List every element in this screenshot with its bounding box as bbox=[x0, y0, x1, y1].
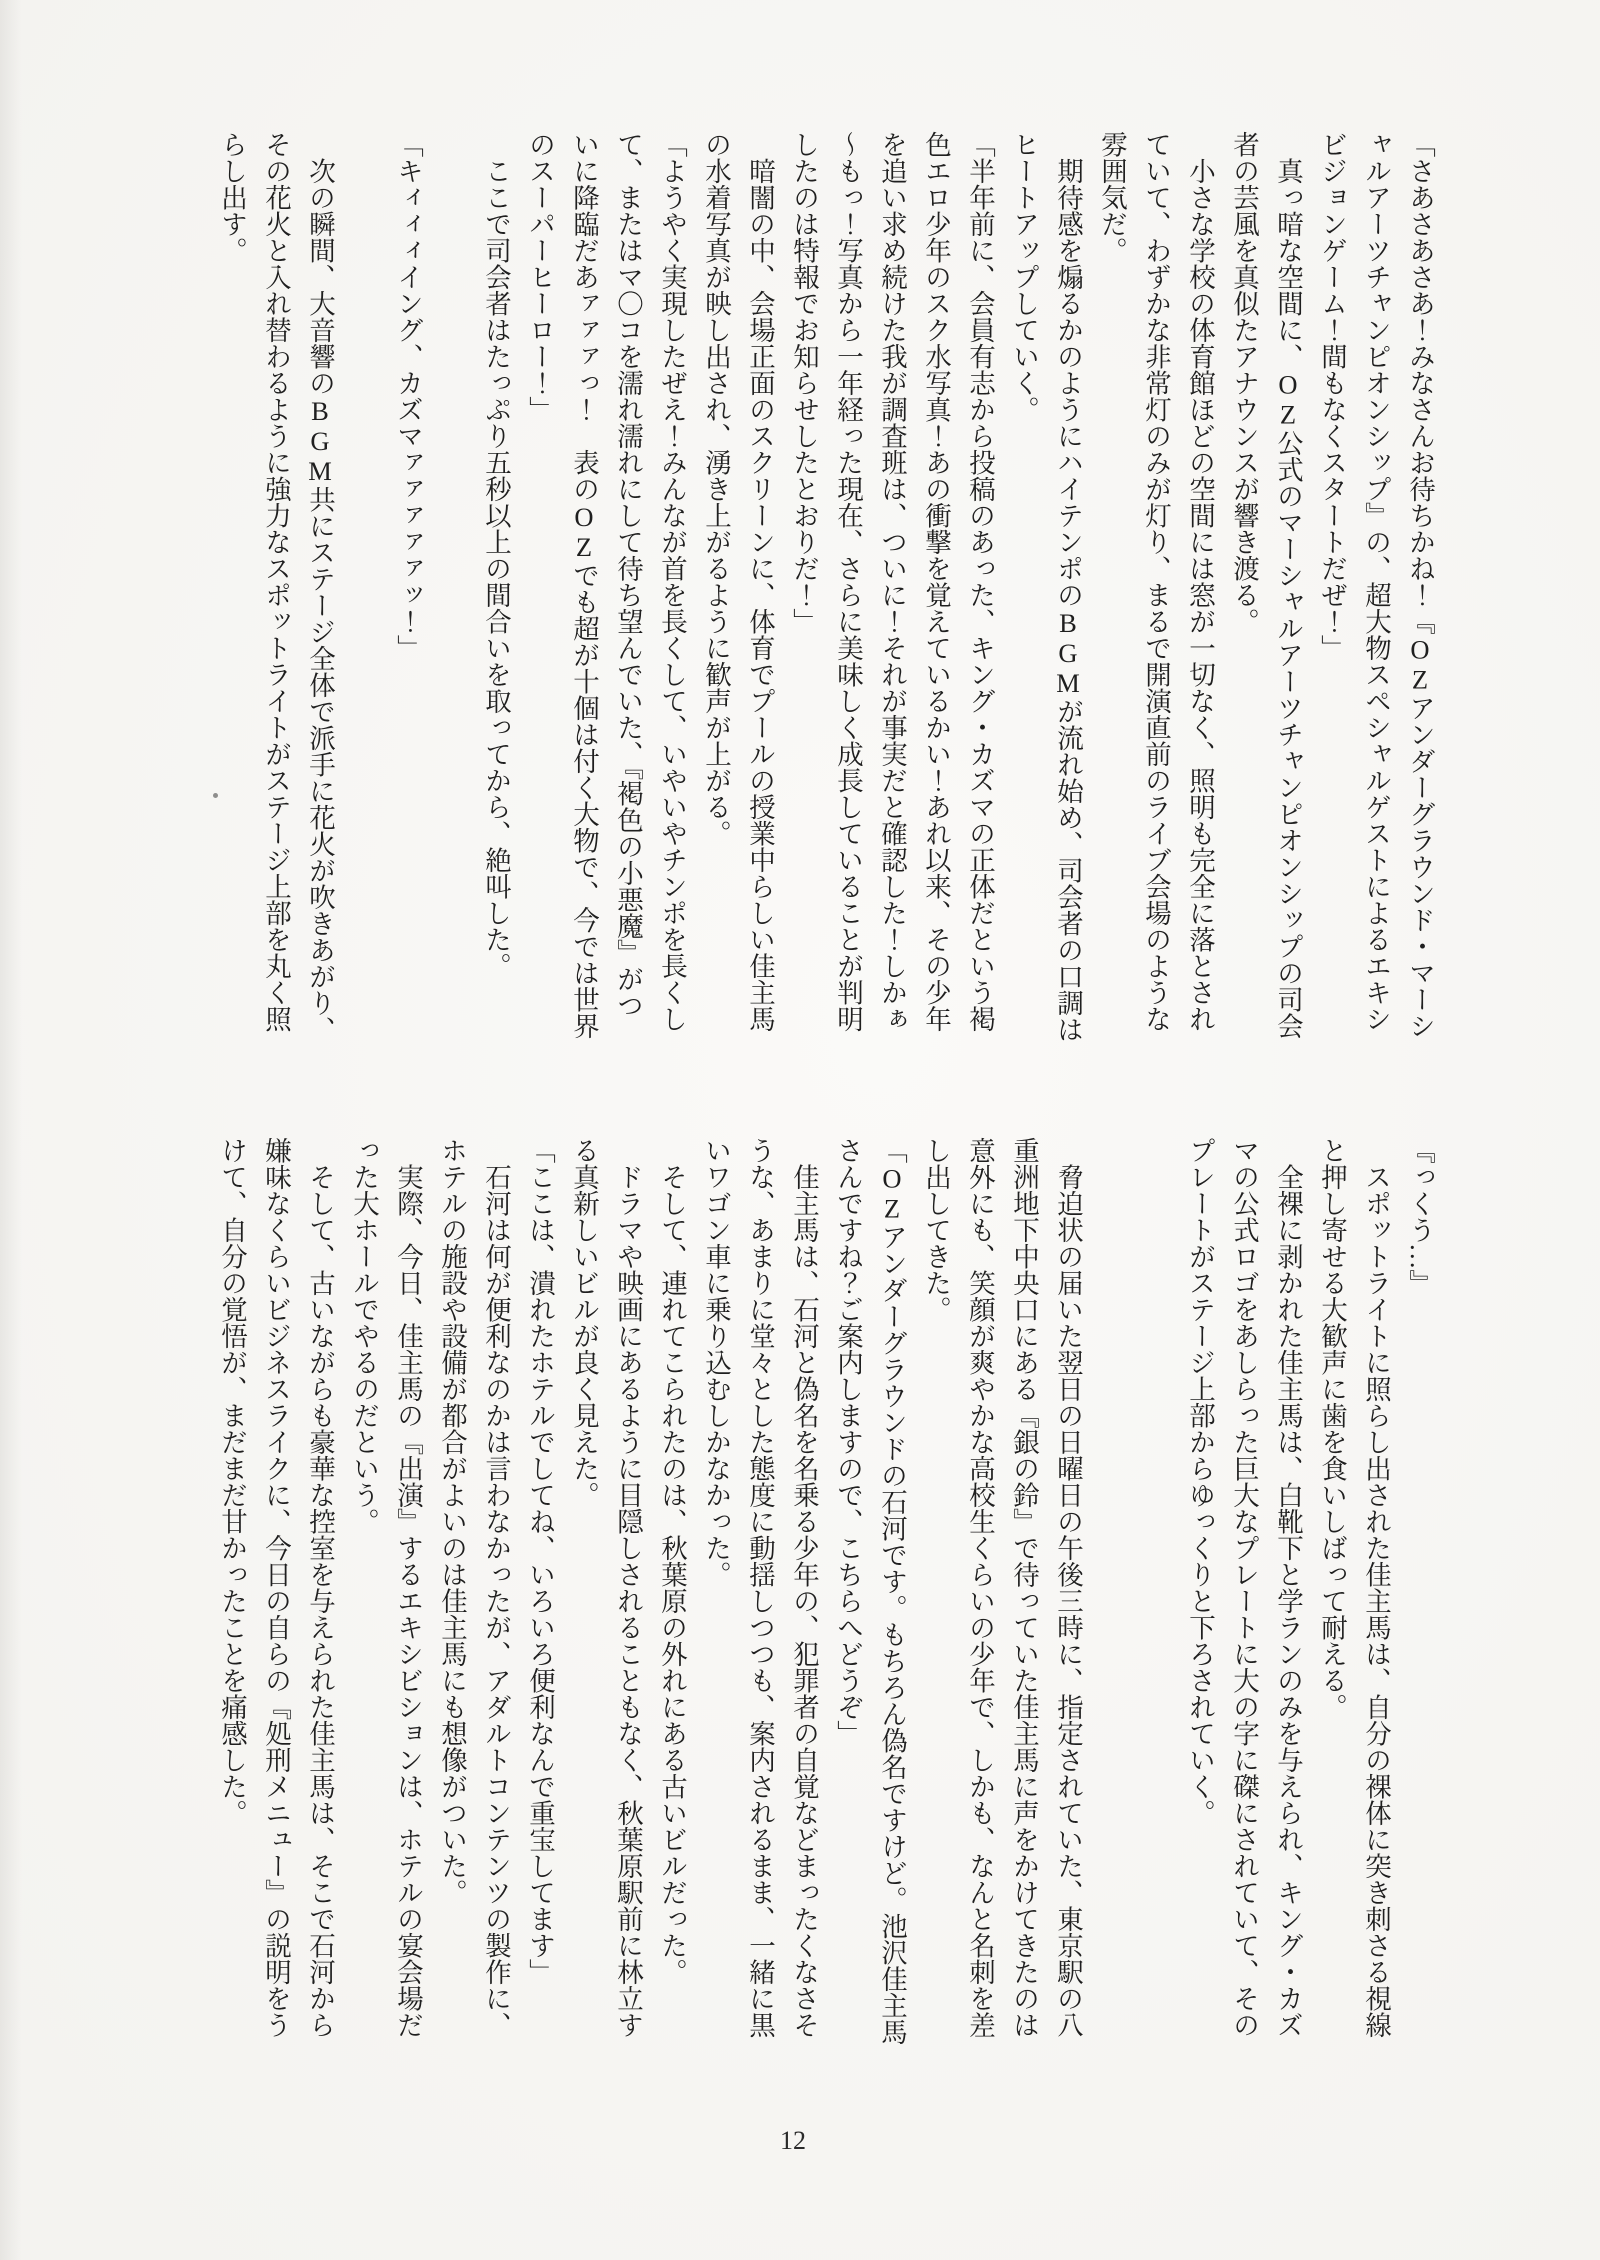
text-line: 嫌味なくらいビジネスライクに、今日の自らの『処刑メニュー』の説明をう bbox=[254, 1137, 298, 2042]
text-line: 真っ暗な空間に、OZ公式のマーシャルアーツチャンピオンシップの司会 bbox=[1266, 131, 1310, 1036]
text-line: のスーパーヒーロー！」 bbox=[518, 131, 562, 1036]
text-line: った大ホールでやるのだという。 bbox=[342, 1137, 386, 2042]
text-line: 次の瞬間、大音響のBGM共にステージ全体で派手に花火が吹きあがり、 bbox=[298, 131, 342, 1036]
text-line: 期待感を煽るかのようにハイテンポのBGMが流れ始め、司会者の口調は bbox=[1046, 131, 1090, 1036]
text-line: ～もっ！写真から一年経った現在、さらに美味しく成長していることが判明 bbox=[826, 131, 870, 1036]
ink-dot bbox=[213, 793, 218, 798]
text-line: ていて、わずかな非常灯のみが灯り、まるで開演直前のライブ会場のような bbox=[1134, 131, 1178, 1036]
text-line: けて、自分の覚悟が、まだまだ甘かったことを痛感した。 bbox=[210, 1137, 254, 2042]
text-line: 『っくう…』 bbox=[1398, 1137, 1442, 2042]
text-line: ホテルの施設や設備が都合がよいのは佳主馬にも想像がついた。 bbox=[430, 1137, 474, 2042]
text-line: マの公式ロゴをあしらった巨大なプレートに大の字に磔にされていて、その bbox=[1222, 1137, 1266, 2042]
text-line: て、またはマ〇コを濡れ濡れにして待ち望んでいた、『褐色の小悪魔』がつ bbox=[606, 131, 650, 1036]
text-line: 石河は何が便利なのかは言わなかったが、アダルトコンテンツの製作に、 bbox=[474, 1137, 518, 2042]
text-line: 「ここは、潰れたホテルでしてね、いろいろ便利なんで重宝してます」 bbox=[518, 1137, 562, 2042]
text-line: したのは特報でお知らせしたとおりだ！」 bbox=[782, 131, 826, 1036]
text-line: 色エロ少年のスク水写真！あの衝撃を覚えているかい！あれ以来、その少年 bbox=[914, 131, 958, 1036]
text-line: 「ようやく実現したぜえ！みんなが首を長くして、いやいやチンポを長くし bbox=[650, 131, 694, 1036]
text-line: さんですね？ご案内しますので、こちらへどうぞ」 bbox=[826, 1137, 870, 2042]
text-line: そして、連れてこられたのは、秋葉原の外れにある古いビルだった。 bbox=[650, 1137, 694, 2042]
vertical-text-block-top: 「さあさあさあ！みなさんお待ちかね！『OZアンダーグラウンド・マーシャルアーツチ… bbox=[210, 131, 1442, 1036]
text-line: プレートがステージ上部からゆっくりと下ろされていく。 bbox=[1178, 1137, 1222, 2042]
novel-page: 「さあさあさあ！みなさんお待ちかね！『OZアンダーグラウンド・マーシャルアーツチ… bbox=[0, 0, 1600, 2260]
text-line: 重洲地下中央口にある『銀の鈴』で待っていた佳主馬に声をかけてきたのは bbox=[1002, 1137, 1046, 2042]
text-line: 実際、今日、佳主馬の『出演』するエキシビションは、ホテルの宴会場だ bbox=[386, 1137, 430, 2042]
text-line: その花火と入れ替わるように強力なスポットライトがステージ上部を丸く照 bbox=[254, 131, 298, 1036]
blank-line bbox=[342, 131, 386, 1036]
vertical-text-block-bottom: 『っくう…』 スポットライトに照らし出された佳主馬は、自分の裸体に突き刺さる視線… bbox=[210, 1137, 1442, 2042]
text-line: いに降臨だあァァァっ！ 表のOZでも超が十個は付く大物で、今では世界 bbox=[562, 131, 606, 1036]
text-line: と押し寄せる大歓声に歯を食いしばって耐える。 bbox=[1310, 1137, 1354, 2042]
text-line: らし出す。 bbox=[210, 131, 254, 1036]
text-line: ャルアーツチャンピオンシップ』の、超大物スペシャルゲストによるエキシ bbox=[1354, 131, 1398, 1036]
text-line: スポットライトに照らし出された佳主馬は、自分の裸体に突き刺さる視線 bbox=[1354, 1137, 1398, 2042]
text-line: 佳主馬は、石河と偽名を名乗る少年の、犯罪者の自覚などまったくなさそ bbox=[782, 1137, 826, 2042]
page-number: 12 bbox=[753, 2126, 833, 2156]
text-line: 「さあさあさあ！みなさんお待ちかね！『OZアンダーグラウンド・マーシ bbox=[1398, 131, 1442, 1036]
blank-line bbox=[1134, 1137, 1178, 2042]
text-line: 「OZアンダーグラウンドの石河です。もちろん偽名ですけど。池沢佳主馬 bbox=[870, 1137, 914, 2042]
text-line: ヒートアップしていく。 bbox=[1002, 131, 1046, 1036]
text-line: いワゴン車に乗り込むしかなかった。 bbox=[694, 1137, 738, 2042]
blank-line bbox=[430, 131, 474, 1036]
text-line: ここで司会者はたっぷり五秒以上の間合いを取ってから、絶叫した。 bbox=[474, 131, 518, 1036]
text-line: 者の芸風を真似たアナウンスが響き渡る。 bbox=[1222, 131, 1266, 1036]
text-line: 雰囲気だ。 bbox=[1090, 131, 1134, 1036]
text-line: 小さな学校の体育館ほどの空間には窓が一切なく、照明も完全に落とされ bbox=[1178, 131, 1222, 1036]
text-line: る真新しいビルが良く見えた。 bbox=[562, 1137, 606, 2042]
text-line: ドラマや映画にあるように目隠しされることもなく、秋葉原駅前に林立す bbox=[606, 1137, 650, 2042]
text-line: ビジョンゲーム！間もなくスタートだぜ！」 bbox=[1310, 131, 1354, 1036]
text-line: うな、あまりに堂々とした態度に動揺しつつも、案内されるまま、一緒に黒 bbox=[738, 1137, 782, 2042]
text-line: 全裸に剥かれた佳主馬は、白靴下と学ランのみを与えられ、キング・カズ bbox=[1266, 1137, 1310, 2042]
text-line: の水着写真が映し出され、湧き上がるように歓声が上がる。 bbox=[694, 131, 738, 1036]
text-line: を追い求め続けた我が調査班は、ついに！それが事実だと確認した！しかぁ bbox=[870, 131, 914, 1036]
text-line: そして、古いながらも豪華な控室を与えられた佳主馬は、そこで石河から bbox=[298, 1137, 342, 2042]
text-line: 意外にも、笑顔が爽やかな高校生くらいの少年で、しかも、なんと名刺を差 bbox=[958, 1137, 1002, 2042]
blank-line bbox=[1090, 1137, 1134, 2042]
text-line: 暗闇の中、会場正面のスクリーンに、体育でプールの授業中らしい佳主馬 bbox=[738, 131, 782, 1036]
text-line: 「半年前に、会員有志から投稿のあった、キング・カズマの正体だという褐 bbox=[958, 131, 1002, 1036]
text-line: 脅迫状の届いた翌日の日曜日の午後三時に、指定されていた、東京駅の八 bbox=[1046, 1137, 1090, 2042]
text-line: し出してきた。 bbox=[914, 1137, 958, 2042]
text-line: 「キィィィイング、カズマァァァァァッ！」 bbox=[386, 131, 430, 1036]
